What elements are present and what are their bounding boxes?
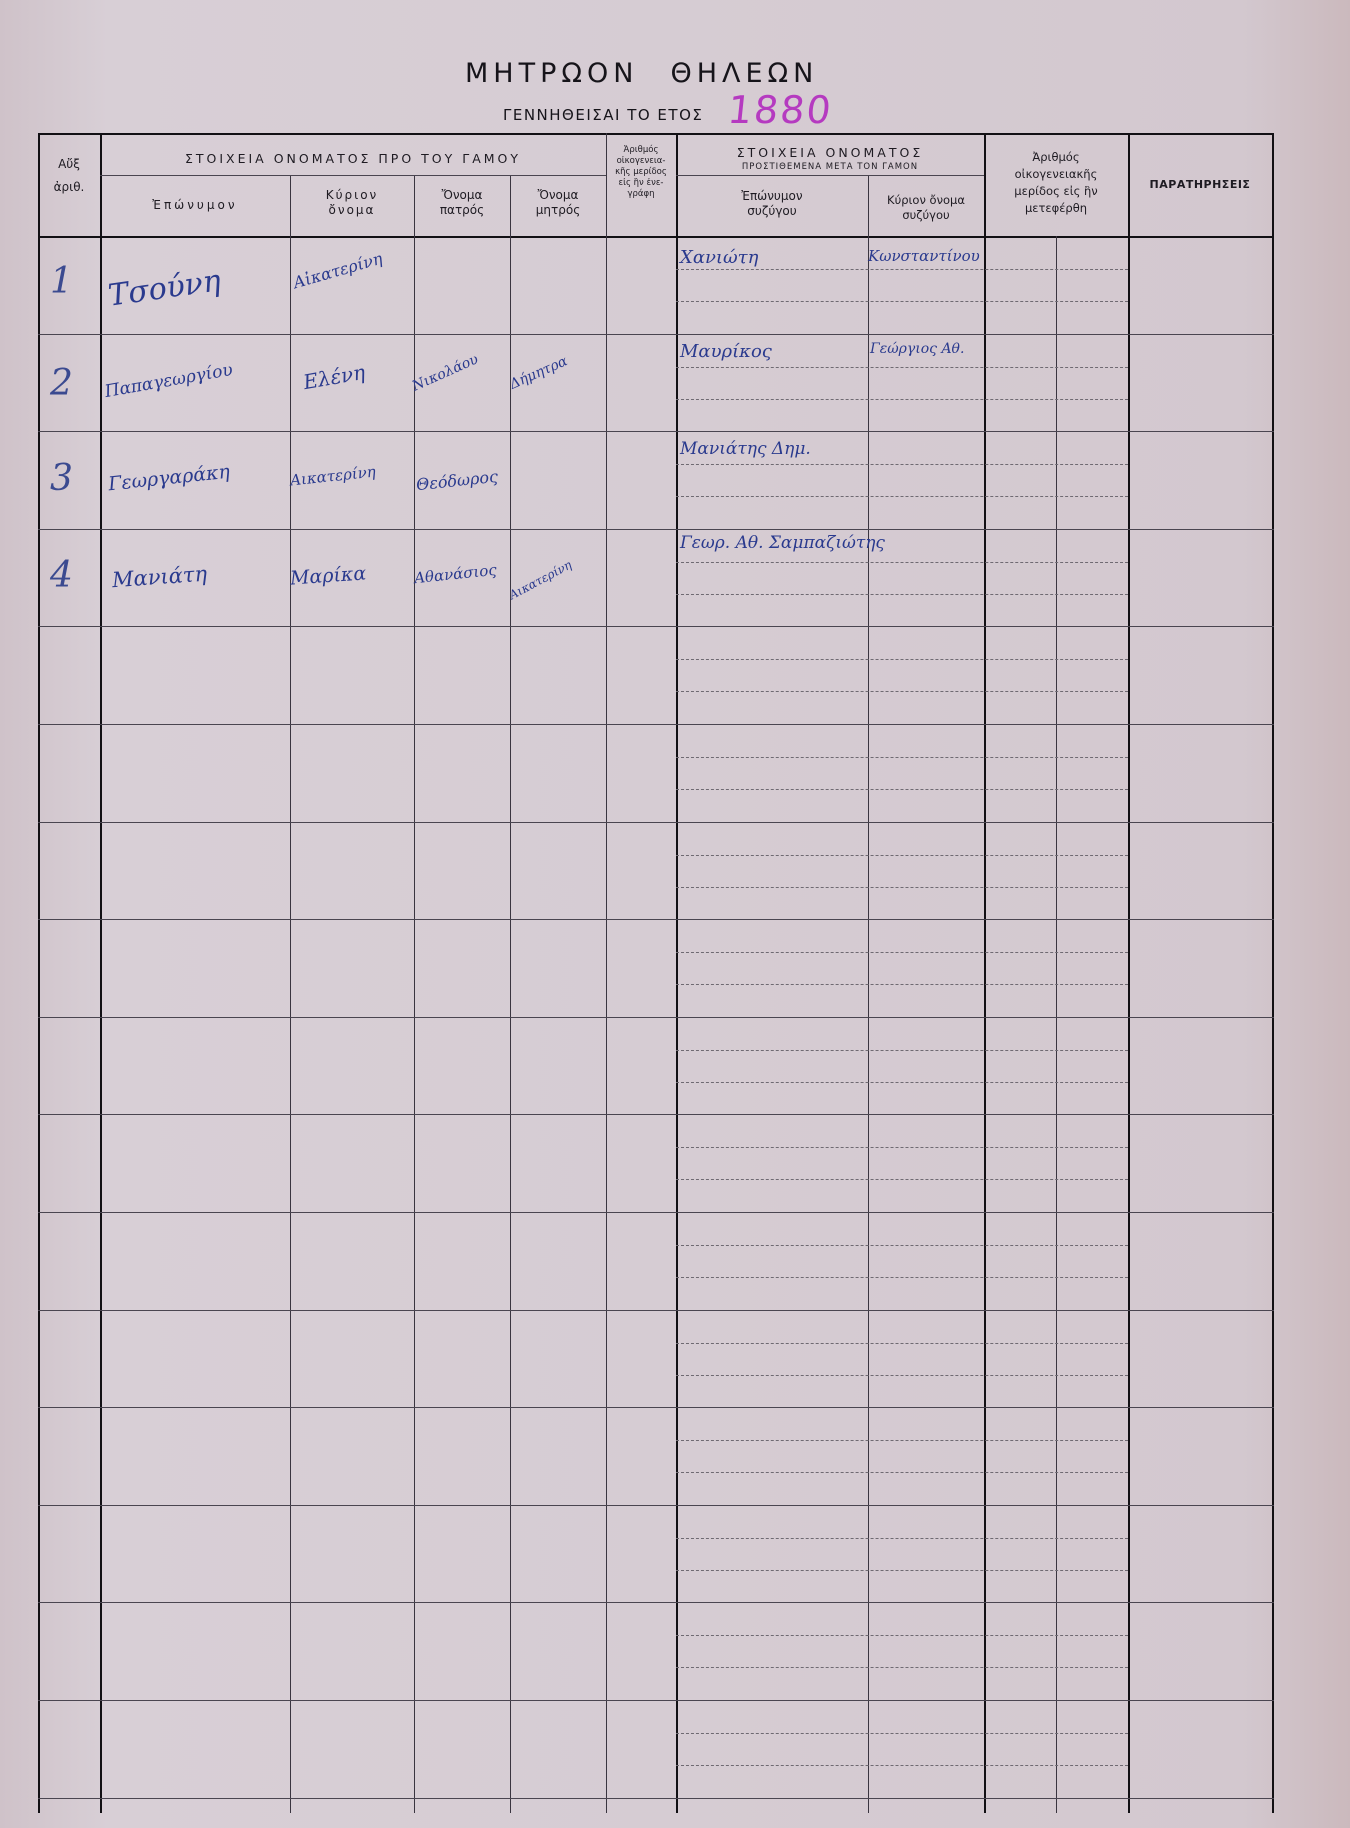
row-subdivider xyxy=(676,789,1128,790)
row-subdivider xyxy=(676,1147,1128,1148)
header-spouse-surname: Ἐπώνυμον συζύγου xyxy=(676,189,868,219)
col-border-spouse-surname xyxy=(868,175,869,1813)
row-divider xyxy=(38,1114,1274,1115)
entry-1-spouse-surname: Χανιώτη xyxy=(680,247,758,268)
header-bottom-border xyxy=(38,236,1274,238)
row-subdivider xyxy=(676,855,1128,856)
col-border-transfer-split xyxy=(1056,236,1057,1813)
row-divider xyxy=(38,1407,1274,1408)
row-divider xyxy=(38,626,1274,627)
row-subdivider xyxy=(676,562,1128,563)
header-before-marriage: ΣΤΟΙΧΕΙΑ ΟΝΟΜΑΤΟΣ ΠΡΟ ΤΟΥ ΓΑΜΟΥ xyxy=(100,151,606,166)
table-top-border xyxy=(38,133,1274,135)
title-word-females: ΘΗΛΕΩΝ xyxy=(670,58,818,89)
entry-2-spouse-surname: Μαυρίκος xyxy=(680,341,772,362)
row-divider xyxy=(38,919,1274,920)
entry-4-father-name: Αθανάσιος xyxy=(413,561,497,588)
header-after-marriage-sub: ΠΡΟΣΤΙΘΕΜΕΝΑ ΜΕΤΑ ΤΟΝ ΓΑΜΟΝ xyxy=(676,162,984,173)
row-divider xyxy=(38,1310,1274,1311)
entry-3-spouse-surname: Μανιάτης Δημ. xyxy=(680,439,811,459)
row-divider xyxy=(38,724,1274,725)
row-subdivider xyxy=(676,659,1128,660)
header-family-share-registered: Ἀριθμός οἰκογενεια- κῆς μερίδος εἰς ἣν ἐ… xyxy=(606,145,676,200)
row-subdivider xyxy=(676,496,1128,497)
col-border-transfer xyxy=(1128,133,1130,1813)
birth-year-value: 1880 xyxy=(726,88,835,132)
entry-4-number: 4 xyxy=(50,555,73,596)
header-after-marriage: ΣΤΟΙΧΕΙΑ ΟΝΟΜΑΤΟΣ xyxy=(676,145,984,160)
row-subdivider xyxy=(676,1667,1128,1668)
entry-2-spouse-first-name: Γεώργιος Αθ. xyxy=(870,341,964,357)
row-subdivider xyxy=(676,887,1128,888)
col-border-serial xyxy=(100,133,102,1813)
col-border-right xyxy=(1272,133,1274,1813)
register-title: ΜΗΤΡΩΟΝΘΗΛΕΩΝ xyxy=(465,58,850,89)
col-border-family-share xyxy=(676,133,678,1813)
entry-4-spouse-surname: Γεωρ. Αθ. Σαμπαζιώτης xyxy=(680,533,885,553)
row-subdivider xyxy=(676,757,1128,758)
row-subdivider xyxy=(676,1733,1128,1734)
entry-2-first-name: Ελένη xyxy=(301,360,366,394)
row-subdivider xyxy=(676,1765,1128,1766)
col-border-surname xyxy=(290,175,291,1813)
row-subdivider xyxy=(676,464,1128,465)
row-divider xyxy=(38,822,1274,823)
group-header-divider-after xyxy=(676,175,984,176)
row-subdivider xyxy=(676,1050,1128,1051)
entry-4-surname: Μανιάτη xyxy=(111,562,208,593)
row-subdivider xyxy=(676,1635,1128,1636)
row-divider xyxy=(38,431,1274,432)
entry-2-mother-name: Δήμητρα xyxy=(507,353,570,393)
row-subdivider xyxy=(676,1082,1128,1083)
row-divider xyxy=(38,1700,1274,1701)
group-header-divider-before xyxy=(100,175,606,176)
row-subdivider xyxy=(676,1538,1128,1539)
col-border-spouse-first xyxy=(984,133,986,1813)
entry-1-first-name: Αἰκατερίνη xyxy=(291,249,384,293)
entry-1-spouse-first-name: Κωνσταντίνου xyxy=(868,247,980,265)
row-subdivider xyxy=(676,1472,1128,1473)
header-father-name: Ὄνομα πατρός xyxy=(414,188,510,218)
entry-3-first-name: Αικατερίνη xyxy=(289,463,376,490)
row-divider xyxy=(38,334,1274,335)
row-divider xyxy=(38,1798,1274,1799)
row-subdivider xyxy=(676,1440,1128,1441)
row-subdivider xyxy=(676,301,1128,302)
entry-3-surname: Γεωργαράκη xyxy=(107,461,231,496)
register-table: Αὔξ ἀριθ. ΣΤΟΙΧΕΙΑ ΟΝΟΜΑΤΟΣ ΠΡΟ ΤΟΥ ΓΑΜΟ… xyxy=(38,133,1274,1813)
col-border-father xyxy=(510,175,511,1813)
row-divider xyxy=(38,529,1274,530)
entry-2-number: 2 xyxy=(50,363,73,404)
entry-2-father-name: Νικολάου xyxy=(410,351,481,394)
header-mother-name: Ὄνομα μητρός xyxy=(510,188,606,218)
entry-1-number: 1 xyxy=(50,261,73,302)
entry-3-father-name: Θεόδωρος xyxy=(415,467,499,494)
header-serial: Αὔξ ἀριθ. xyxy=(38,157,100,195)
row-subdivider xyxy=(676,1375,1128,1376)
header-spouse-first-name: Κύριον ὄνομα συζύγου xyxy=(868,193,984,223)
row-subdivider xyxy=(676,594,1128,595)
birth-year-label: ΓΕΝΝΗΘΕΙΣΑΙ ΤΟ ΕΤΟΣ xyxy=(503,106,703,124)
col-border-firstname xyxy=(414,175,415,1813)
entry-3-number: 3 xyxy=(50,458,73,499)
row-subdivider xyxy=(676,691,1128,692)
row-divider xyxy=(38,1602,1274,1603)
entry-4-mother-name: Αικατερίνη xyxy=(507,558,574,603)
row-subdivider xyxy=(676,399,1128,400)
row-subdivider xyxy=(676,1570,1128,1571)
entry-4-first-name: Μαρίκα xyxy=(289,562,367,589)
header-family-share-transferred: Ἀριθμός οἰκογενειακῆς μερίδος εἰς ἣν μετ… xyxy=(984,149,1128,217)
entry-2-surname: Παπαγεωργίου xyxy=(103,360,234,402)
col-border-left xyxy=(38,133,40,1813)
row-subdivider xyxy=(676,269,1128,270)
row-subdivider xyxy=(676,1277,1128,1278)
header-surname: Ἐπώνυμον xyxy=(100,198,290,213)
row-subdivider xyxy=(676,1245,1128,1246)
header-remarks: ΠΑΡΑΤΗΡΗΣΕΙΣ xyxy=(1128,177,1272,192)
row-divider xyxy=(38,1505,1274,1506)
col-border-mother xyxy=(606,133,607,1813)
row-subdivider xyxy=(676,1179,1128,1180)
title-word-registry: ΜΗΤΡΩΟΝ xyxy=(465,58,638,89)
row-subdivider xyxy=(676,367,1128,368)
row-subdivider xyxy=(676,984,1128,985)
row-subdivider xyxy=(676,952,1128,953)
row-subdivider xyxy=(676,1343,1128,1344)
entry-1-surname: Τσούνη xyxy=(106,263,223,313)
row-divider xyxy=(38,1212,1274,1213)
header-first-name: Κύριον ὄνομα xyxy=(290,188,414,218)
row-divider xyxy=(38,1017,1274,1018)
